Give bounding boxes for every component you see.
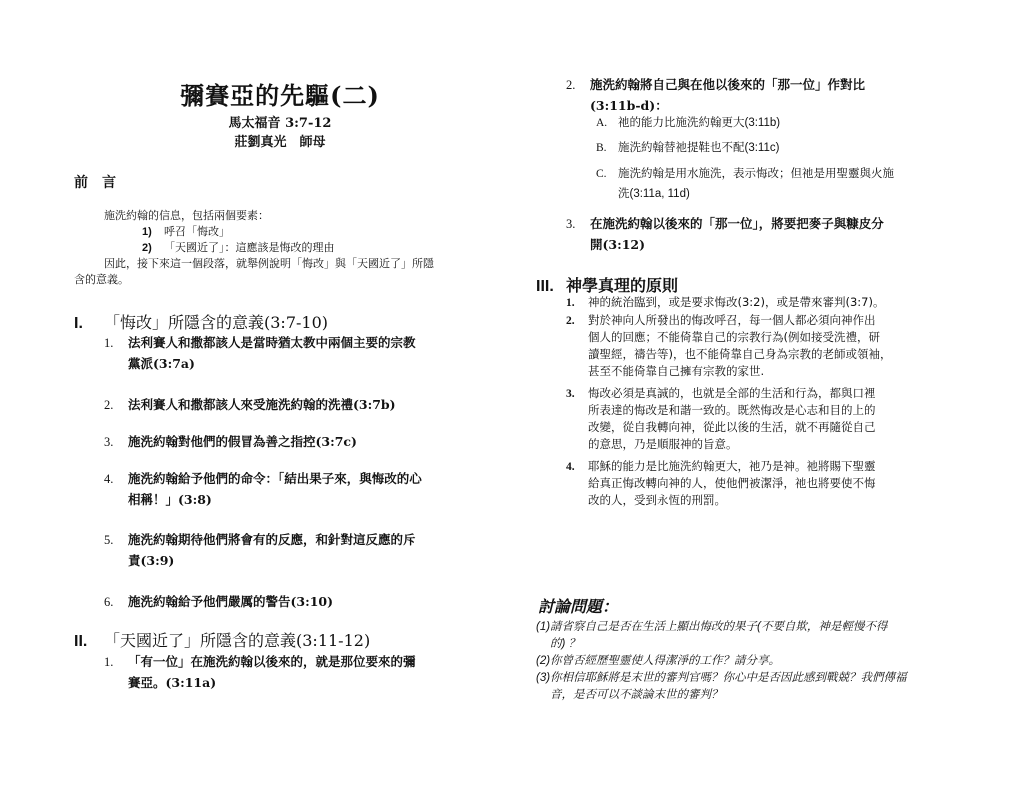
intro-heading: 前 言 [74,172,116,192]
section-1-item: 2.法利賽人和撒都該人來受施洗約翰的洗禮(3:7b) [104,394,396,416]
section-1-item: 6.施洗約翰給予他們嚴厲的警告(3:10) [104,591,333,613]
section-3-item: 2.對於神向人所發出的悔改呼召，每一個人都必須向神作出個人的回應；不能倚靠自己的… [566,312,891,380]
section-2-item: 2.施洗約翰將自己與在他以後來的「那一位」作對比(3:11b-d)： [566,74,865,116]
discussion-question: (3)你相信耶穌將是末世的審判官嗎？你心中是否因此感到戰兢？我們傳福音，是否可以… [536,670,907,704]
section-1-heading: I.「悔改」所隱含的意義(3:7-10) [74,310,328,333]
section-2-subitem: B.施洗約翰替祂提鞋也不配(3:11c) [596,138,779,158]
section-2-subitem: C.施洗約翰是用水施洗，表示悔改；但祂是用聖靈與火施洗(3:11a, 11d) [596,164,894,204]
section-3-heading: III.神學真理的原則 [536,273,678,296]
scripture-reference: 馬太福音 3:7-12 [0,112,560,131]
intro-point: 2)「天國近了」：這應該是悔改的理由 [142,240,335,256]
section-1-item: 5.施洗約翰期待他們將會有的反應，和針對這反應的斥責(3:9) [104,529,416,571]
section-1-item: 3.施洗約翰對他們的假冒為善之指控(3:7c) [104,431,357,453]
section-3-item: 1.神的統治臨到，或是要求悔改(3:2)，或是帶來審判(3:7)。 [566,294,884,312]
discussion-heading: 討論問題： [538,594,618,617]
intro-line: 含的意義。 [74,272,129,288]
section-1-item: 4.施洗約翰給予他們的命令：「結出果子來，與悔改的心相稱！」(3:8) [104,468,422,510]
section-3-item: 4.耶穌的能力是比施洗約翰更大，祂乃是神。祂將賜下聖靈給真正悔改轉向神的人，使他… [566,458,876,509]
intro-line: 因此，接下來這一個段落，就舉例說明「悔改」與「天國近了」所隱 [104,256,434,272]
section-1-item: 1.法利賽人和撒都該人是當時猶太教中兩個主要的宗教黨派(3:7a) [104,332,416,374]
discussion-question: (1)請省察自己是否在生活上顯出悔改的果子(不要自欺，神是輕慢不得的) ？ [536,619,887,653]
section-3-item: 3.悔改必須是真誠的，也就是全部的生活和行為，都與口裡所表達的悔改是和諧一致的。… [566,385,876,453]
section-2-item: 3.在施洗約翰以後來的「那一位」，將要把麥子與糠皮分開(3:12) [566,213,884,255]
document-title: 彌賽亞的先驅(二) [0,76,560,111]
intro-point: 1)呼召「悔改」 [142,224,230,240]
section-2-item: 1.「有一位」在施洗約翰以後來的，就是那位要來的彌賽亞。(3:11a) [104,651,416,693]
section-2-heading: II.「天國近了」所隱含的意義(3:11-12) [74,628,370,651]
discussion-question: (2)你曾否經歷聖靈使人得潔淨的工作？請分享。 [536,653,780,670]
author: 莊劉真光 師母 [0,131,560,150]
intro-line: 施洗約翰的信息，包括兩個要素： [104,208,269,224]
section-2-subitem: A.祂的能力比施洗約翰更大(3:11b) [596,113,780,133]
